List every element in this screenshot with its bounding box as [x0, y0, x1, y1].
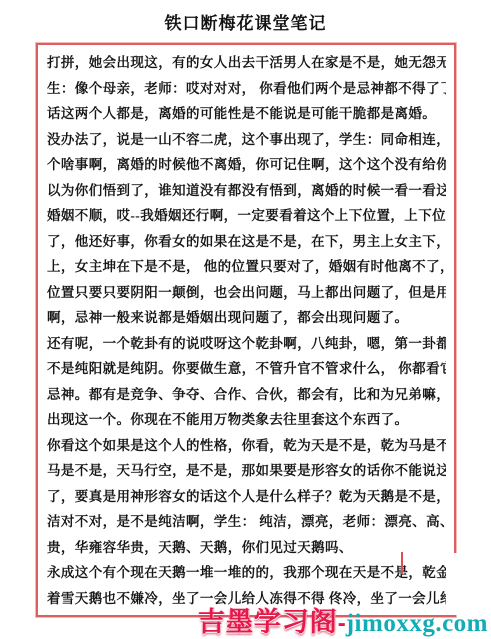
text-line: 马是不是，天马行空，是不是，那如果要是形容女的话你不能说这个天马行空	[47, 458, 446, 484]
notes-text-body: 打拼，她会出现这，有的女人出去干活男人在家是不是，她无怨无悔的，学生：像个母亲，…	[38, 45, 454, 615]
text-line: 啊，忌神一般来说都是婚姻出现问题了，都会出现问题了。	[47, 305, 446, 331]
red-caret-mark	[401, 552, 403, 574]
watermark: 吉墨学习阁-jimoxxg.com	[198, 600, 488, 639]
text-line: 出现这一个。你现在不能用万物类象去往里套这个东西了。	[47, 407, 446, 433]
text-line: 了，要真是用神形容女的话这个人是什么样子？乾为天鹅是不是，是不是，纯	[47, 484, 446, 510]
text-line: 还有呢，一个乾卦有的说哎呀这个乾卦啊，八纯卦，嗯，第一卦都叫八纯卦，	[47, 331, 446, 357]
text-line: 位置只要只要阴阳一颠倒，也会出问题，马上都出问题了，但是用神你得考虑	[47, 280, 446, 306]
text-line: 永成这个有个现在天鹅一堆一堆的的，我那个现在天是不是，乾金为	[47, 560, 446, 586]
watermark-site-name: 吉墨学习阁	[198, 607, 338, 637]
text-line: 个啥事啊，离婚的时候他不离婚，你可记住啊，这个这个没有给你们讲过，我	[47, 152, 446, 178]
text-line: 了，他还好事，你看女的如果在这是不是，在下，男主上女主下，男为天在	[47, 229, 446, 255]
text-line: 话这两个人都是，离婚的可能性是不能说是可能干脆都是离婚。	[47, 101, 446, 127]
text-line: 不是纯阳就是纯阴。你要做生意，不管升官不管求什么， 你都看它是不是用神	[47, 356, 446, 382]
text-line: 打拼，她会出现这，有的女人出去干活男人在家是不是，她无怨无悔的，学	[47, 50, 446, 76]
text-line: 你看这个如果是这个人的性格，你看，乾为天是不是，乾为马是不是，乾金为	[47, 433, 446, 459]
text-line: 贵，华雍容华贵，天鹅、天鹅，你们见过天鹅吗、	[47, 535, 446, 561]
page-title: 铁口断梅花课堂笔记	[0, 9, 491, 34]
text-line: 生：像个母亲，老师：哎对对对， 你看他们两个是忌神都不得了了，那忌神的	[47, 76, 446, 102]
watermark-separator: -	[338, 610, 346, 637]
text-line: 婚姻不顺，哎--我婚姻还行啊，一定要看着这个上下位置，上下位置只要归位	[47, 203, 446, 229]
text-line: 忌神。都有是竞争、争夺、合作、合伙，都会有，比和为兄弟嘛，耗材，都会	[47, 382, 446, 408]
text-line: 以为你们悟到了，谁知道没有都没有悟到，离婚的时候一看一看这个纯阳卦你	[47, 178, 446, 204]
watermark-domain: jimoxxg.com	[346, 610, 488, 637]
text-line: 上，女主坤在下是不是， 他的位置只要对了，婚姻有时他离不了，他离不了，	[47, 254, 446, 280]
notes-border-box: 打拼，她会出现这，有的女人出去干活男人在家是不是，她无怨无悔的，学生：像个母亲，…	[36, 43, 456, 617]
text-line: 没办法了，说是一山不容二虎，这个事出现了，学生：同命相连， 老师：还有	[47, 127, 446, 153]
text-line: 洁对不对，是不是纯洁啊，学生： 纯洁，漂亮，老师：漂亮、高、漂亮、高	[47, 509, 446, 535]
